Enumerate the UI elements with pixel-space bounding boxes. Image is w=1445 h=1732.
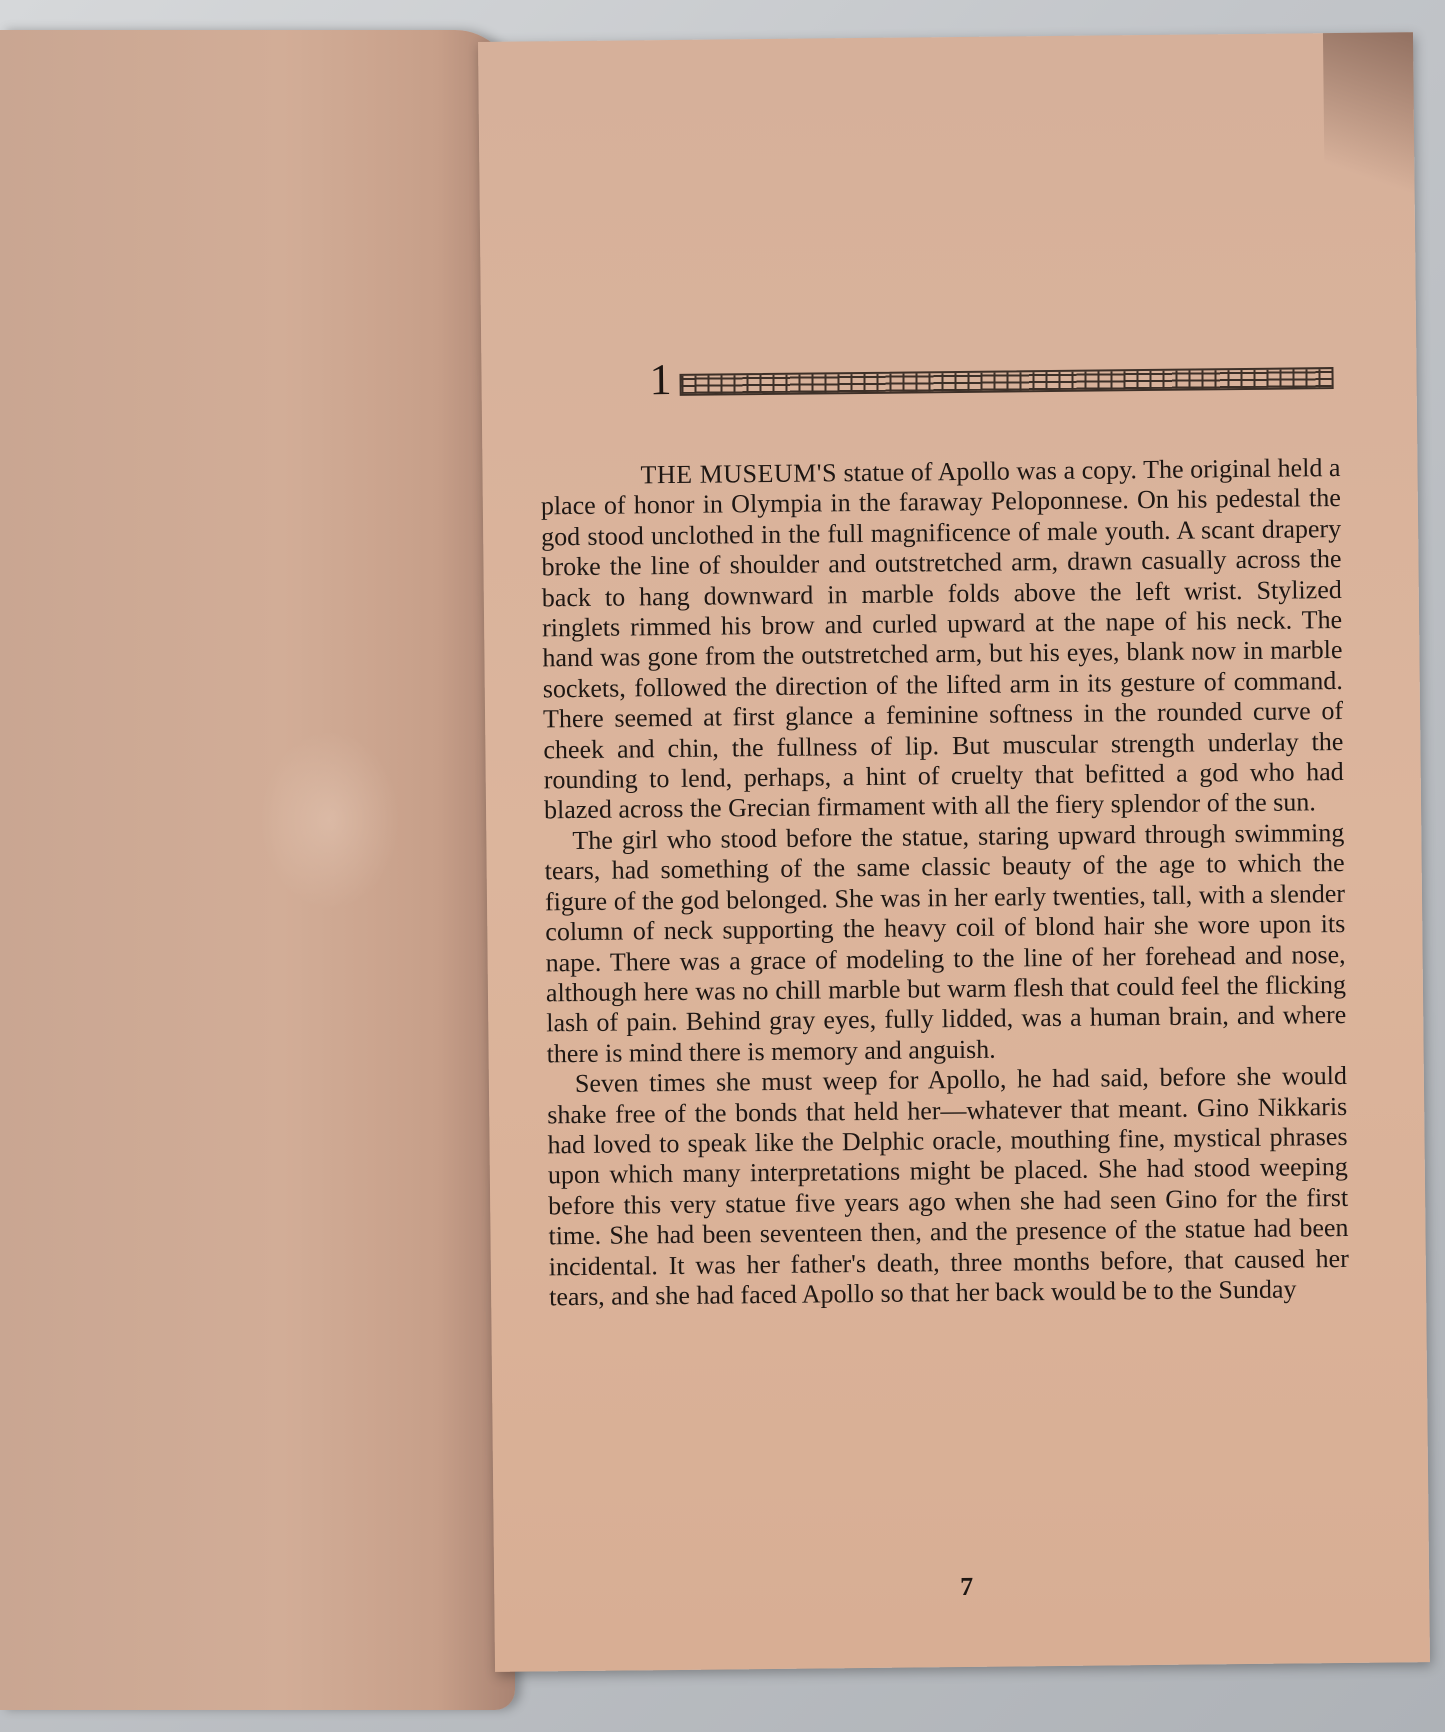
paragraph-2: The girl who stood before the statue, st…: [544, 818, 1347, 1070]
paragraph-text: statue of Apollo was a copy. The origina…: [541, 453, 1344, 825]
chapter-lead-in: THE MUSEUM'S: [640, 458, 837, 489]
greek-key-border-icon: [679, 367, 1333, 396]
body-text: THE MUSEUM'S statue of Apollo was a copy…: [540, 453, 1349, 1313]
paragraph-1: THE MUSEUM'S statue of Apollo was a copy…: [540, 453, 1344, 826]
chapter-heading: 1: [649, 351, 1333, 402]
chapter-number: 1: [649, 358, 671, 402]
paragraph-3: Seven times she must weep for Apollo, he…: [547, 1061, 1350, 1313]
page-number: 7: [960, 1572, 973, 1602]
corner-shadow: [1323, 32, 1415, 233]
page-crease: [260, 730, 400, 910]
right-page: 1 THE MUSEUM'S statue of Apollo was a co…: [478, 32, 1430, 1672]
left-page: [0, 30, 515, 1710]
